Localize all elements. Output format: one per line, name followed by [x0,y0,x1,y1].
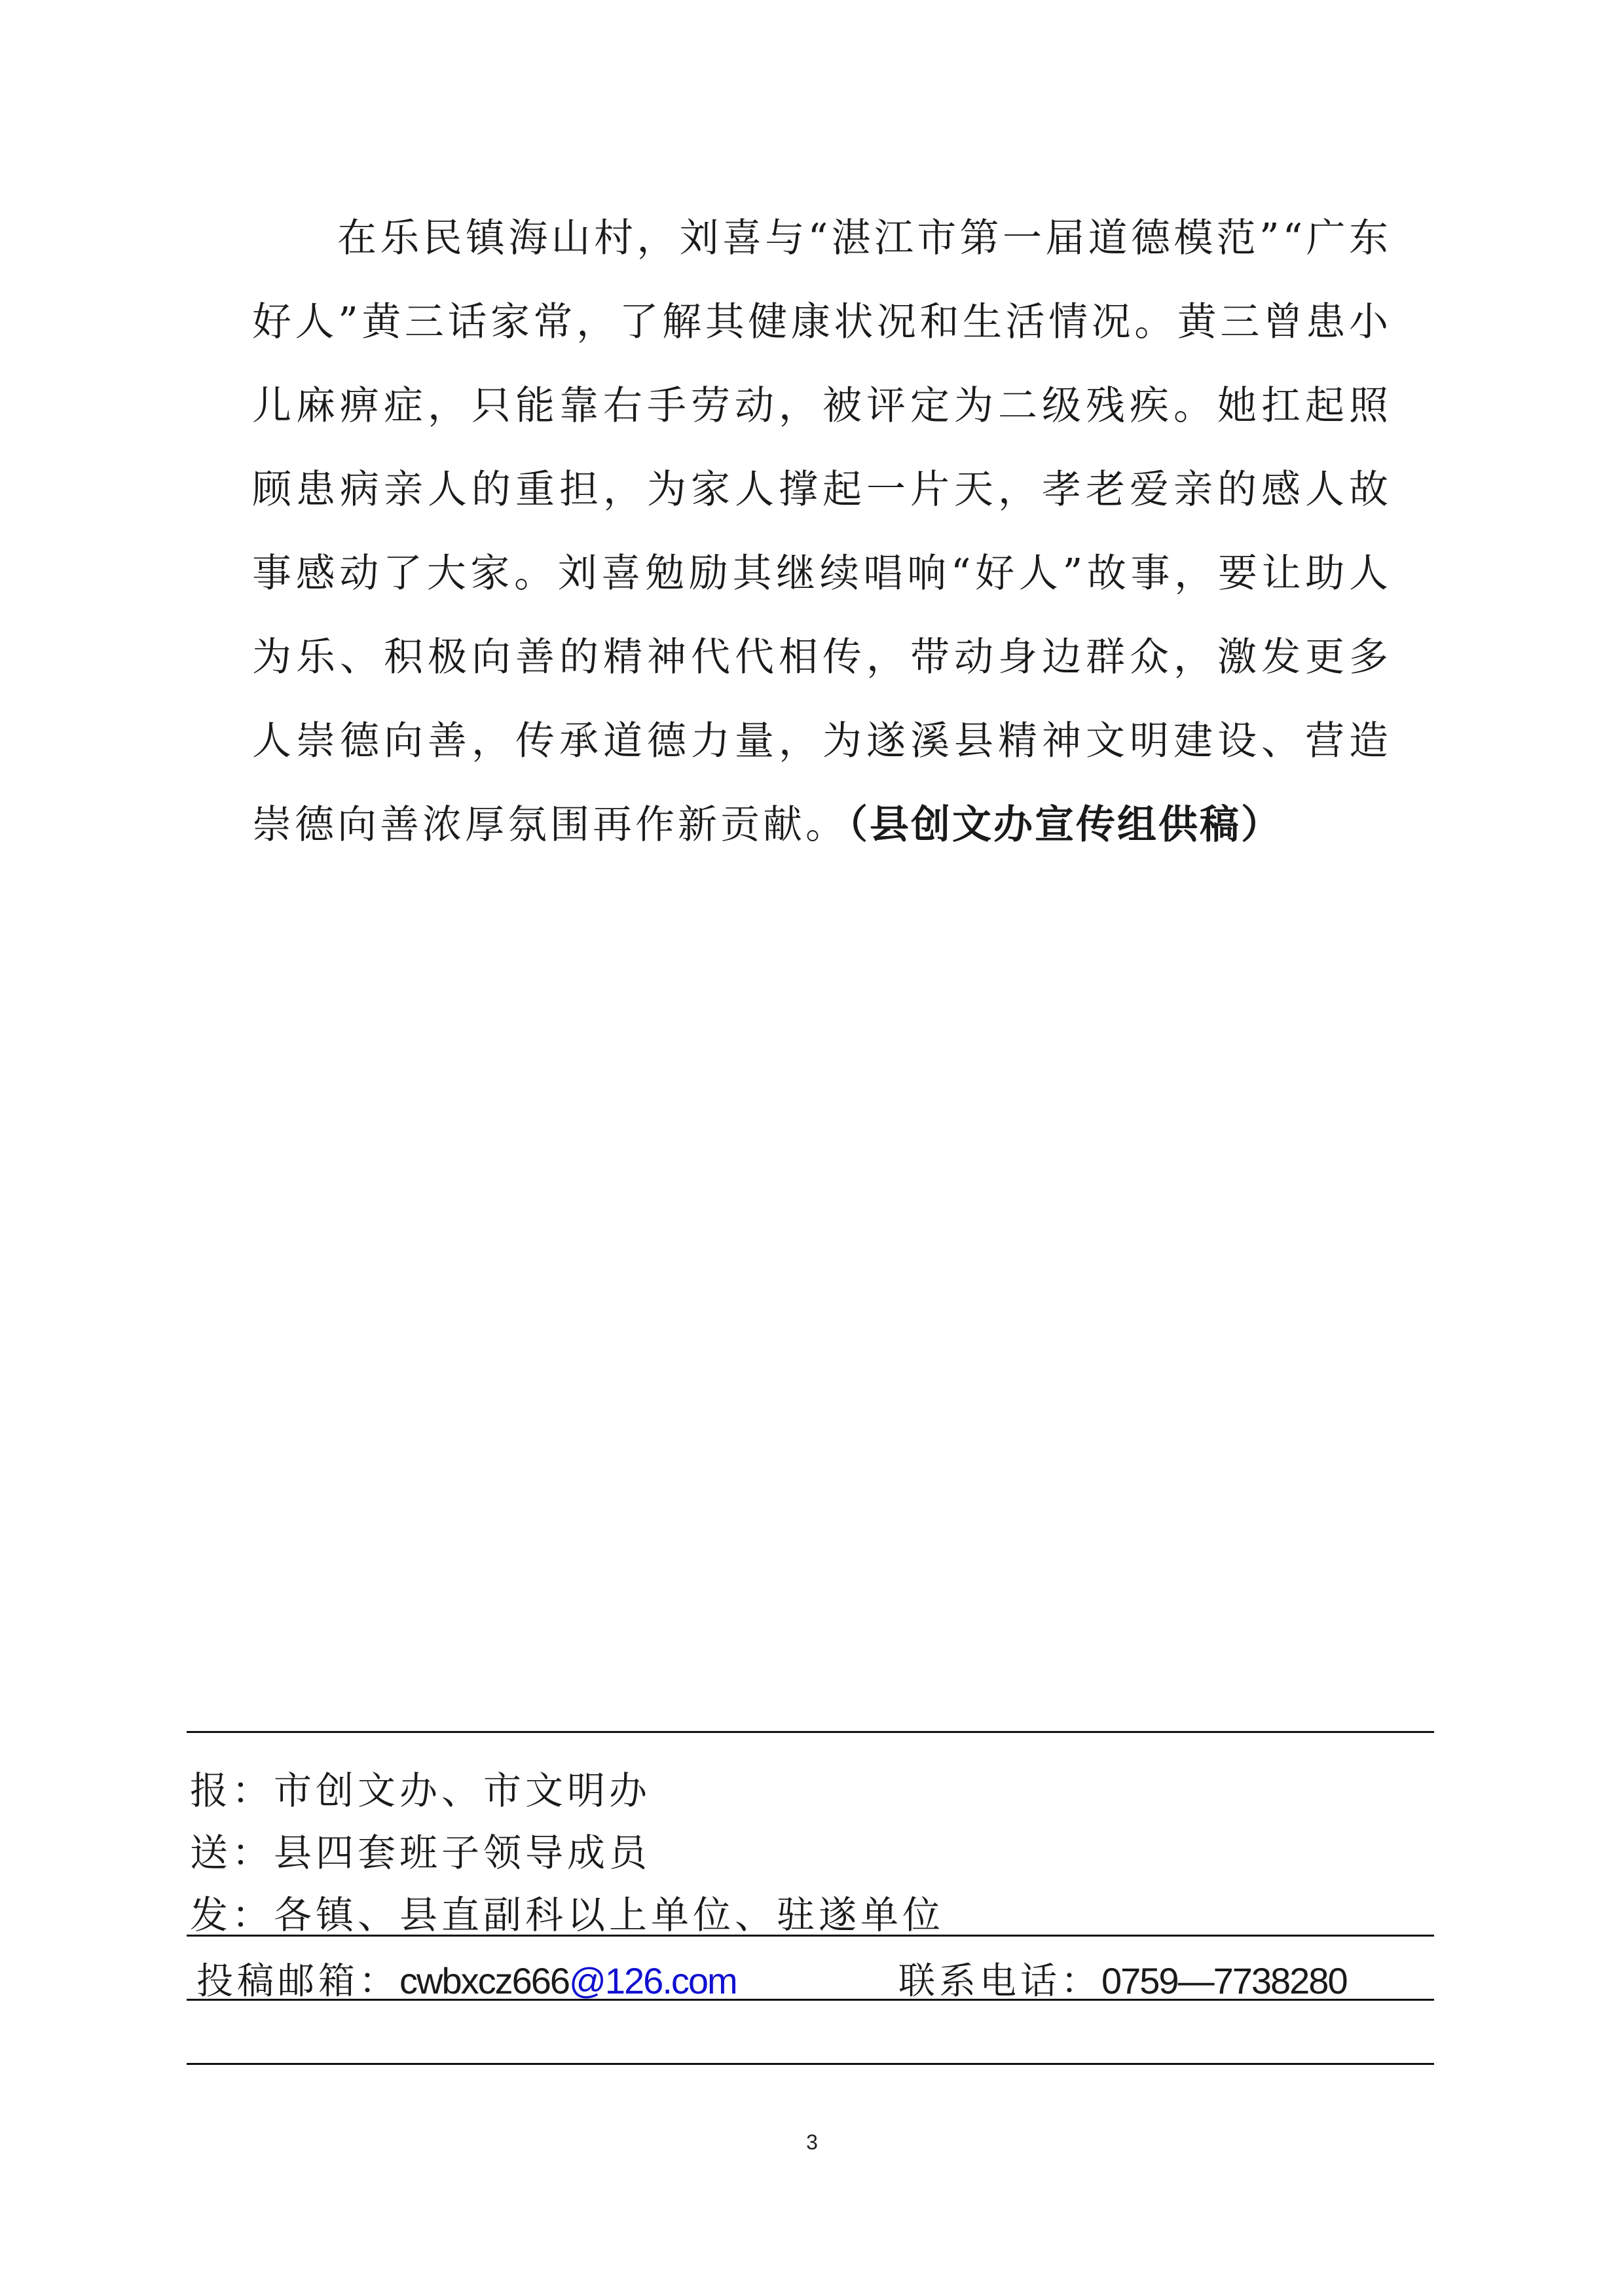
email-user: cwbxcz666 [399,1960,569,2001]
report-to-value: 市创文办、市文明办 [274,1768,651,1813]
document-page: 在乐民镇海山村，刘喜与“湛江市第一届道德模范”“广东好人”黄三话家常，了解其健康… [0,0,1624,2296]
divider-bottom [187,2063,1434,2065]
contact-phone: 联系电话：0759—7738280 [898,1952,1347,2005]
article-body-text: 在乐民镇海山村，刘喜与“湛江市第一届道德模范”“广东好人”黄三话家常，了解其健康… [252,215,1392,848]
divider-contact [187,1999,1434,2001]
distribution-issue-to: 发：各镇、县直副科以上单位、驻遂单位 [190,1884,944,1939]
divider-distribution [187,1935,1434,1937]
phone-number: 0759—7738280 [1101,1960,1347,2001]
send-to-value: 县四套班子领导成员 [274,1831,651,1875]
email-link[interactable]: @126.com [569,1960,737,2001]
issue-to-value: 各镇、县直副科以上单位、驻遂单位 [274,1893,944,1937]
article-source-note: （县创文办宣传组供稿） [848,802,1282,848]
article-paragraph: 在乐民镇海山村，刘喜与“湛江市第一届道德模范”“广东好人”黄三话家常，了解其健康… [252,196,1392,867]
distribution-send-to: 送：县四套班子领导成员 [190,1822,651,1877]
report-to-label: 报： [190,1768,274,1813]
contact-email: 投稿邮箱：cwbxcz666@126.com [196,1952,737,2005]
email-label: 投稿邮箱： [196,1960,399,2003]
distribution-report-to: 报：市创文办、市文明办 [190,1760,651,1815]
issue-to-label: 发： [190,1893,274,1937]
page-number: 3 [0,2130,1624,2155]
divider-top [187,1731,1434,1733]
send-to-label: 送： [190,1831,274,1875]
phone-label: 联系电话： [898,1960,1101,2003]
